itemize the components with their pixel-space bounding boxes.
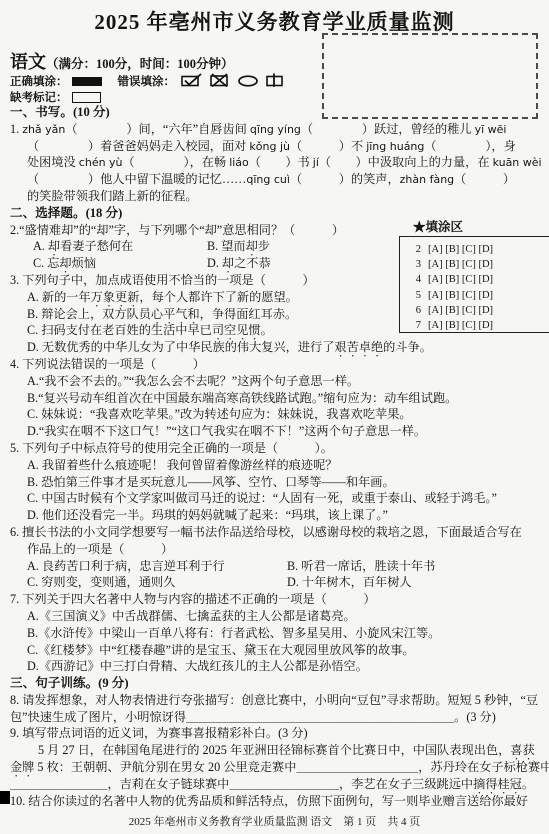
absent-mark-line: 缺考标记： xyxy=(10,89,287,105)
answer-grid-row: 6[A] [B] [C] [D] xyxy=(409,303,549,318)
paper-header: 语文（满分：100分，时间：100分钟） 正确填涂： 错误填涂： 缺考标记： xyxy=(10,51,287,105)
question-7-option-d: D.《西游记》中三打白骨精、大战红孩儿的主人公都是孙悟空。 xyxy=(10,658,546,675)
question-6-line-2: 作品上的一项是（ ） xyxy=(10,541,546,558)
answer-row-bubbles: [A] [B] [C] [D] xyxy=(428,259,493,270)
question-6-option-c: C. 穷则变，变则通，通则久 xyxy=(27,574,287,591)
answer-grid-box: 2[A] [B] [C] [D] 3[A] [B] [C] [D] 4[A] [… xyxy=(399,236,549,333)
question-4-option-c: C. 妹妹说：“我喜欢吃苹果。”改为转述句应为：妹妹说，我喜欢吃苹果。 xyxy=(10,406,546,423)
question-9-line-1: 5 月 27 日，在韩国龟尾进行的 2025 年亚洲田径锦标赛首个比赛日中，中国… xyxy=(10,742,546,759)
answer-row-bubbles: [A] [B] [C] [D] xyxy=(428,274,493,285)
question-8-line-2: 包”快速生成了图片，小明惊讶得＿＿＿＿＿＿＿＿＿＿＿＿＿＿＿＿＿＿＿＿＿＿。(3… xyxy=(10,709,546,726)
correct-fill-label: 正确填涂： xyxy=(10,73,68,89)
answer-row-bubbles: [A] [B] [C] [D] xyxy=(428,305,493,316)
print-registration-mark xyxy=(0,791,10,804)
question-4-option-a: A.“我不会不去的。”“我怎么会不去呢？”这两个句子意思一样。 xyxy=(10,373,546,390)
question-7-option-c: C.《红楼梦》中“红楼春趣”讲的是宝玉、黛玉在大观园里放风筝的故事。 xyxy=(10,642,546,659)
question-9-stem: 9. 填写带点词语的近义词，为赛事喜报精彩补白。(3 分) xyxy=(10,725,546,742)
answer-row-number: 3 xyxy=(409,257,421,272)
question-8-line-1: 8. 请发挥想象，对人物表情进行夸张描写：创意比赛中，小明向“豆包”寻求帮助。短… xyxy=(10,692,546,709)
question-5-option-b: B. 恐怕第三件事才是买玩意儿——风筝、空竹、口琴等——和年画。 xyxy=(10,474,546,491)
question-3-option-d: D. 无数优秀的中华儿女为了中华民族的伟大复兴，进行了艰苦卓绝的斗争。 xyxy=(10,339,546,356)
question-6-options-cd: C. 穷则变，变则通，通则久D. 十年树木，百年树人 xyxy=(10,574,546,591)
question-5-option-d: D. 他们还没看完一半。玛琪的妈妈就喊了起来：“玛琪，该上课了。” xyxy=(10,507,546,524)
subject-info: （满分：100分，时间：100分钟） xyxy=(46,57,234,71)
fill-instruction-line: 正确填涂： 错误填涂： xyxy=(10,73,287,89)
question-4-stem: 4. 下列说法错误的一项是（ ） xyxy=(10,356,546,373)
page-footer: 2025 年亳州市义务教育学业质量监测 语文 第 1 页 共 4 页 xyxy=(0,813,549,829)
answer-grid-label: ★填涂区 xyxy=(399,219,549,236)
question-9-line-2: 金牌 5 枚：王朝朝、尹航分别在男女 20 公里竞走赛中＿＿＿＿＿＿＿＿＿＿，苏… xyxy=(10,759,546,776)
answer-row-bubbles: [A] [B] [C] [D] xyxy=(428,244,493,255)
question-10-line-1: 10. 结合你读过的名著中人物的优秀品质和鲜活特点，仿照下面例句，写一则毕业赠言… xyxy=(10,793,546,810)
answer-row-number: 5 xyxy=(409,288,421,303)
question-6-option-a: A. 良药苦口利于病，忠言逆耳利于行 xyxy=(27,558,287,575)
question-6-option-d: D. 十年树木，百年树人 xyxy=(287,574,412,591)
question-7-stem: 7. 下列关于四大名著中人物与内容的描述不正确的一项是（ ） xyxy=(10,591,546,608)
answer-row-number: 7 xyxy=(409,318,421,333)
question-5-option-c: C. 中国古时候有个文学家叫做司马迁的说过：“人固有一死，或重于泰山、或轻于鸿毛… xyxy=(10,490,546,507)
question-1-line-4: （ ）他人中留下温暖的记忆……qīng cuì（ ）的笑声，zhàn fàng（… xyxy=(10,171,546,188)
answer-grid-row: 4[A] [B] [C] [D] xyxy=(409,272,549,287)
answer-row-number: 2 xyxy=(409,242,421,257)
question-1-line-5: 的笑脸带领我们踏上新的征程。 xyxy=(10,188,546,205)
question-1-line-2: （ ）着爸爸妈妈走入校园，面对 kǒng jù（ ）不 jīng huáng（ … xyxy=(10,138,546,155)
paper-body: 一、书写。(10 分) 1. zhǎ yǎn（ ）间，“六年”自唇齿间 qīng… xyxy=(10,104,546,809)
question-6-line-1: 6. 擅长书法的小文同学想要写一幅书法作品送给母校，以感谢母校的栽培之恩，下面最… xyxy=(10,524,546,541)
question-4-option-b: B.“复兴号动车组首次在中国最东端高寒高铁线路试跑。”缩句应为：动车组试跑。 xyxy=(10,390,546,407)
exam-paper-page: 2025 年亳州市义务教育学业质量监测 语文（满分：100分，时间：100分钟）… xyxy=(0,0,549,834)
subject-line: 语文（满分：100分，时间：100分钟） xyxy=(10,51,287,73)
answer-grid-row: 5[A] [B] [C] [D] xyxy=(409,288,549,303)
question-7-option-b: B.《水浒传》中梁山一百单八将有：行者武松、智多星吴用、小旋风宋江等。 xyxy=(10,625,546,642)
check-box-icon xyxy=(181,73,203,90)
question-1-line-3: 处困境没 chén yù（ ），在畅 liáo（ ）书 jí（ ）中汲取向上的力… xyxy=(10,154,546,171)
answer-grid: ★填涂区 2[A] [B] [C] [D] 3[A] [B] [C] [D] 4… xyxy=(399,219,549,333)
section-1-heading: 一、书写。(10 分) xyxy=(10,104,546,121)
question-5-option-a: A. 我留着些什么痕迹呢！ 我何曾留着像游丝样的痕迹呢？ xyxy=(10,457,546,474)
question-7-option-a: A.《三国演义》中舌战群儒、七擒孟获的主人公都是诸葛亮。 xyxy=(10,608,546,625)
pierced-box-icon xyxy=(265,73,287,90)
question-6-option-b: B. 听君一席话，胜读十年书 xyxy=(287,558,435,575)
answer-grid-row: 2[A] [B] [C] [D] xyxy=(409,242,549,257)
oval-mark-icon xyxy=(237,73,259,90)
absent-mark-label: 缺考标记： xyxy=(10,89,68,105)
question-1-line-1: 1. zhǎ yǎn（ ）间，“六年”自唇齿间 qīng yíng（ ）跃过，曾… xyxy=(10,121,546,138)
subject-label: 语文 xyxy=(10,52,46,72)
answer-row-number: 6 xyxy=(409,303,421,318)
page-title: 2025 年亳州市义务教育学业质量监测 xyxy=(0,6,549,36)
question-5-stem: 5. 下列句子中标点符号的使用完全正确的一项是（ ）。 xyxy=(10,440,546,457)
absent-mark-icon xyxy=(72,92,101,103)
answer-grid-row: 7[A] [B] [C] [D] xyxy=(409,318,549,333)
answer-row-number: 4 xyxy=(409,272,421,287)
question-4-option-d: D.“我实在咽不下这口气！”“这口气我实在咽不下！”这两个句子意思一样。 xyxy=(10,423,546,440)
answer-row-bubbles: [A] [B] [C] [D] xyxy=(428,320,493,331)
cross-box-icon xyxy=(209,73,231,90)
answer-grid-row: 3[A] [B] [C] [D] xyxy=(409,257,549,272)
answer-row-bubbles: [A] [B] [C] [D] xyxy=(428,290,493,301)
correct-fill-mark-icon xyxy=(72,77,102,86)
section-3-heading: 三、句子训练。(9 分) xyxy=(10,675,546,692)
wrong-fill-label: 错误填涂： xyxy=(118,73,176,89)
question-6-options-ab: A. 良药苦口利于病，忠言逆耳利于行B. 听君一席话，胜读十年书 xyxy=(10,558,546,575)
question-9-line-3: ＿＿＿＿＿＿＿＿，吉莉在女子链球赛中＿＿＿＿＿＿＿＿＿，李艺在女子三级跳远中摘得… xyxy=(10,776,546,793)
